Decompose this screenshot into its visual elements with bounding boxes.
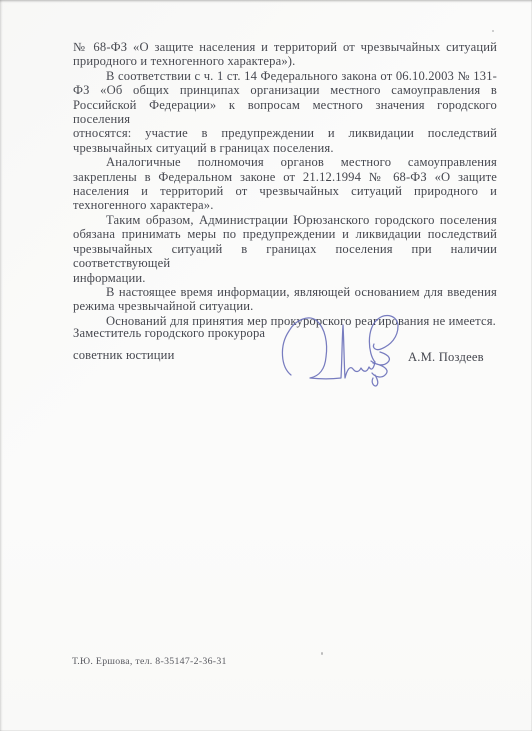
body-line: природного и техногенного характера»). <box>73 54 497 68</box>
body-line: чрезвычайных ситуаций в границах поселен… <box>73 242 497 271</box>
handwritten-signature <box>280 312 410 392</box>
body-line: Таким образом, Администрации Юрюзанского… <box>73 213 497 227</box>
scanned-document-page: № 68-ФЗ «О защите населения и территорий… <box>0 0 532 731</box>
body-line: чрезвычайных ситуаций в границах поселен… <box>73 141 497 155</box>
footer-contact: Т.Ю. Ершова, тел. 8-35147-2-36-31 <box>72 656 227 667</box>
body-line: ФЗ «Об общих принципах организации местн… <box>73 83 497 97</box>
body-line: № 68-ФЗ «О защите населения и территорий… <box>73 40 497 54</box>
body-line: закреплены в Федеральном законе от 21.12… <box>73 170 497 184</box>
scan-speck <box>321 652 323 655</box>
signer-position-line2: советник юстиции <box>73 348 265 362</box>
body-line: Российской Федерации» к вопросам местног… <box>73 98 497 127</box>
body-line: Аналогичные полномочия органов местного … <box>73 155 497 169</box>
document-body: № 68-ФЗ «О защите населения и территорий… <box>73 40 497 328</box>
body-line: В настоящее время информации, являющей о… <box>73 285 497 299</box>
body-line: населения и территорий от чрезвычайных с… <box>73 184 497 198</box>
signer-position-line1: Заместитель городского прокурора <box>73 326 265 340</box>
body-line: В соответствии с ч. 1 ст. 14 Федеральног… <box>73 69 497 83</box>
signoff-block: Заместитель городского прокурора советни… <box>73 326 265 363</box>
body-line: техногенного характера». <box>73 198 497 212</box>
signer-name: А.М. Поздеев <box>408 350 484 365</box>
scan-speck <box>492 30 494 32</box>
body-line: относятся: участие в предупреждении и ли… <box>73 126 497 140</box>
body-line: информации. <box>73 271 497 285</box>
body-line: обязана принимать меры по предупреждении… <box>73 227 497 241</box>
